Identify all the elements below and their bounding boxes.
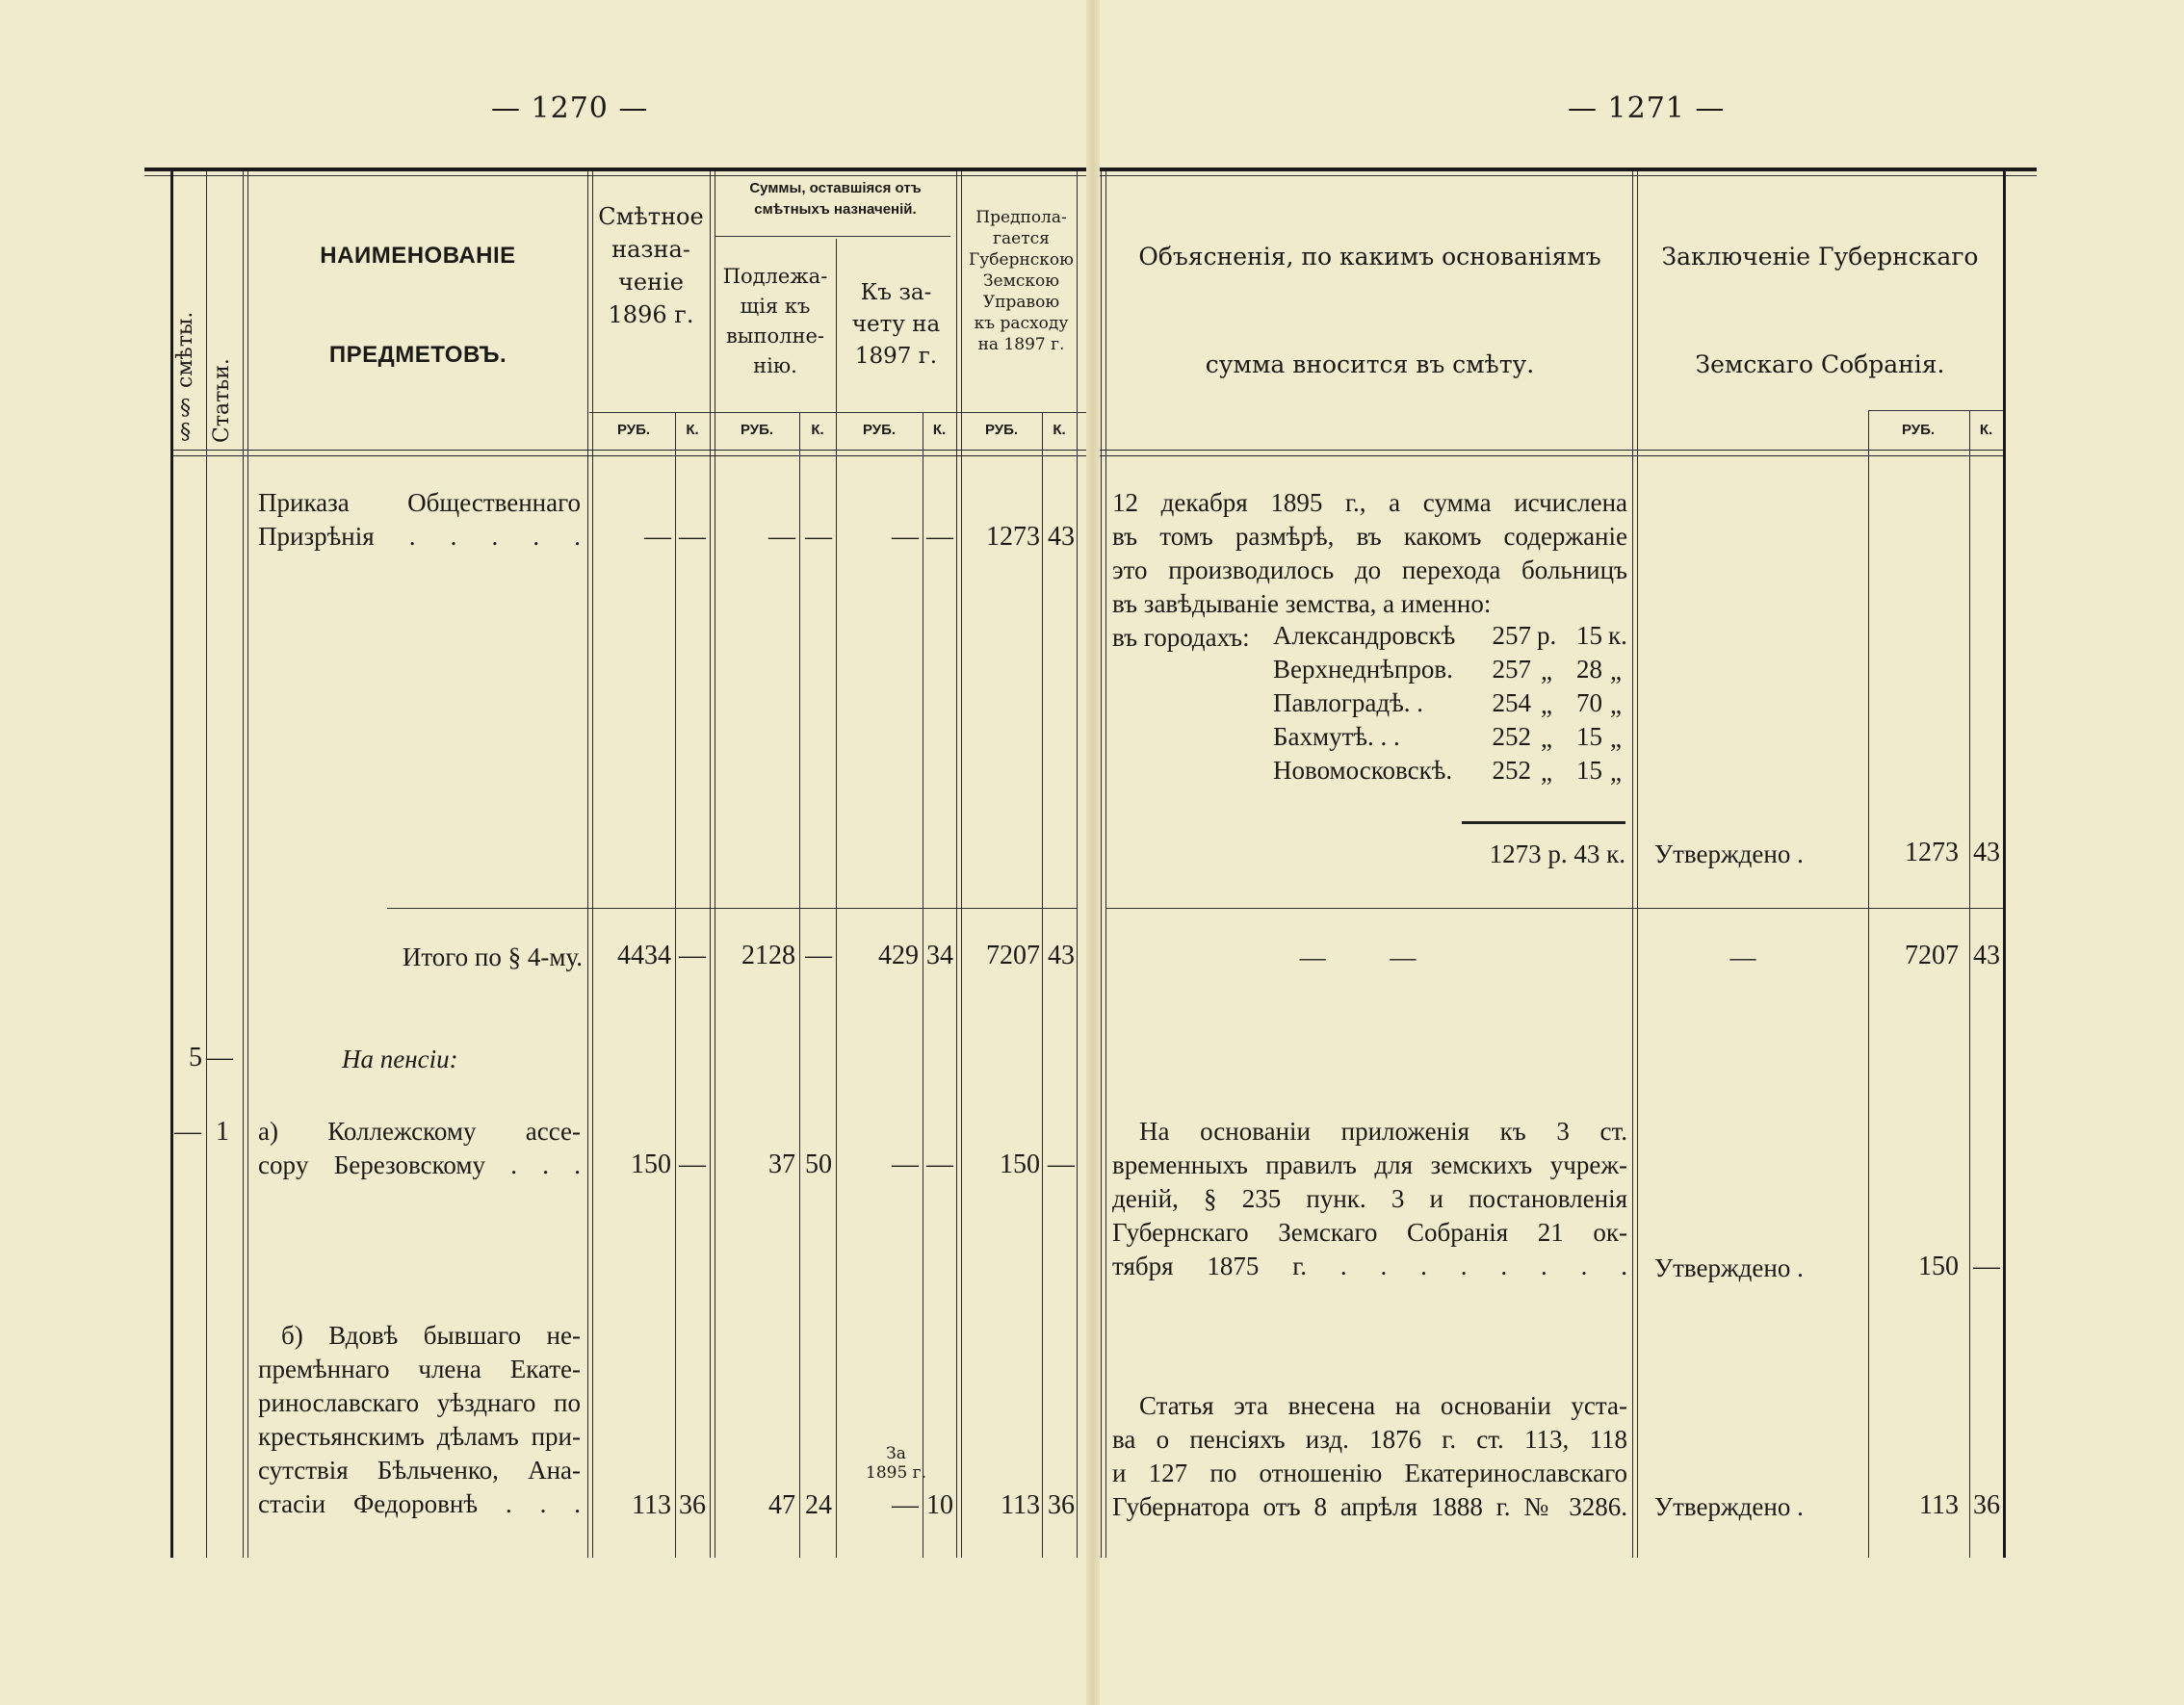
header-exec-l1: Подлежа- [715,262,836,292]
kop-label-estimate: К. [675,422,710,438]
itogo-proposed-rub: 7207 [961,941,1040,971]
row1-explanation-total: 1273 р. 43 к. [1444,838,1625,871]
row-a-conclusion: Утверждено . [1654,1252,1847,1285]
header-remaining-group: Суммы, оставшіяся отъ смѣтныхъ назначені… [715,178,956,220]
row-a-expl-l4: Губернскаго Земскаго Собранія 21 ок- [1112,1216,1627,1250]
header-to-execute: Подлежа- щія къ выполне- нію. [715,262,836,381]
vline-credit-a [956,171,957,1558]
kop-label-final: К. [1969,422,2003,438]
row-b-estimate-kop: 36 [675,1490,706,1521]
row1-credit-rub: — [836,522,919,553]
itogo-conclusion: — [1714,941,1772,974]
rub-kop-rule [589,412,1086,413]
itogo-execute-kop: — [799,941,832,971]
vline-right-a [1101,171,1102,1558]
city-kop: 15 [1562,722,1602,752]
header-prop-l4: Земскою [961,271,1081,292]
row-a-expl-l2: временныхъ правилъ для земскихъ учреж- [1112,1149,1627,1182]
itogo-credit-kop: 34 [923,941,953,971]
city-subtotal-rule [1462,821,1625,824]
itogo-rule-right [1105,908,2003,909]
row-a-section: — [171,1117,204,1148]
city-name: Бахмутѣ. . . [1273,722,1400,752]
header-section: §§ смѣты. [173,289,204,443]
row-b-credit-note: За 1895 г. [836,1444,956,1483]
rub-label-final: РУБ. [1870,422,1966,438]
itogo-rule [387,908,1077,909]
vline-article-b [247,171,248,1558]
row1-expl-l2: въ томъ размѣрѣ, въ какомъ содержаніе [1112,520,1627,554]
header-to-credit: Къ за- чету на 1897 г. [836,277,956,373]
header-prop-l3: Губернскою [961,249,1081,271]
vline-prop-kop [1042,412,1043,1558]
row-b-name-l5: сутствія Бѣльченко, Ана- [258,1454,581,1487]
row-b-expl-l3: и 127 по отношенію Екатеринославскаго [1112,1457,1627,1490]
row-b-name-l3: ринославскаго уѣзднаго по [258,1386,581,1420]
row1-estimate-rub: — [592,522,671,553]
row-b-explanation: Статья эта внесена на основаніи уста- ва… [1112,1389,1627,1524]
row-b-credit-note-l2: 1895 г. [836,1463,956,1483]
row1-proposed-kop: 43 [1042,522,1075,553]
itogo-estimate-rub: 4434 [592,941,671,971]
row-a-expl-l3: деній, § 235 пунк. 3 и постановленія [1112,1182,1627,1216]
vline-est-kop [675,412,676,1558]
top-rule-right-thin [1100,175,2037,176]
kop-label-execute: К. [799,422,836,438]
pensions-heading: На пенсіи: [342,1043,458,1076]
header-credit-l3: 1897 г. [836,341,956,373]
city-kop-unit: „ [1610,690,1622,720]
vline-section [206,171,207,1558]
city-kop: 28 [1562,655,1602,685]
row-a-proposed-rub: 150 [961,1150,1040,1180]
row-a-execute-rub: 37 [715,1150,795,1180]
vline-right-border [1077,171,1078,1558]
itogo-label: Итого по § 4-му. [376,941,583,974]
row-b-estimate-rub: 113 [592,1490,671,1521]
city-kop-unit: к. [1608,621,1627,651]
header-estimate-l4: 1896 г. [592,298,710,331]
vline-right-b [1105,171,1106,1558]
header-remaining-l1: Суммы, оставшіяся отъ [715,178,956,199]
city-rub: 252 [1475,756,1531,786]
header-prop-l2: гается [961,228,1081,249]
rub-label-execute: РУБ. [715,422,799,438]
city-rub: 257 [1475,655,1531,685]
header-remaining-l2: смѣтныхъ назначеній. [715,199,956,220]
left-page-number: — 1270 — [491,91,648,125]
header-article: Статьи. [210,323,241,443]
city-kop-unit: „ [1610,724,1622,754]
city-name: Верхнеднѣпров. [1273,655,1453,685]
rub-label-proposed: РУБ. [961,422,1042,438]
city-rub: 254 [1475,688,1531,718]
row-a-final-kop: — [1969,1252,2000,1282]
vline-article-a [243,171,244,1558]
city-kop-unit: „ [1610,657,1622,686]
top-rule-left [144,168,1086,171]
header-prop-l7: на 1897 г. [961,334,1081,355]
row-a-expl-l5: тября 1875 г. . . . . . . . . [1112,1250,1627,1283]
kop-label-credit: К. [923,422,956,438]
header-proposed: Предпола- гается Губернскою Земскою Упра… [961,207,1081,355]
header-name-line1: НАИМЕНОВАНІЕ [248,243,587,270]
row1-final-kop: 43 [1969,838,2000,868]
city-rub-unit: р. [1537,621,1556,651]
city-name: Александровскѣ [1273,621,1455,651]
row-b-execute-kop: 24 [799,1490,832,1521]
city-rub-unit: „ [1541,758,1552,788]
rub-label-credit: РУБ. [836,422,923,438]
row-b-proposed-kop: 36 [1042,1490,1075,1521]
row1-final-rub: 1273 [1870,838,1959,868]
book-gutter [1086,0,1100,1705]
row1-explanation: 12 декабря 1895 г., а сумма исчислена въ… [1112,486,1627,621]
row-b-credit-kop: 10 [923,1490,953,1521]
header-credit-l2: чету на [836,309,956,341]
city-kop: 15 [1562,621,1602,651]
right-page-number: — 1271 — [1568,91,1725,125]
row-a-name: а) Коллежскому ассе- copy Березовскому .… [258,1115,581,1182]
header-conclusion-line2: Земскаго Собранія. [1637,349,2003,381]
row-b-final-rub: 113 [1870,1490,1959,1521]
city-name: Павлоградѣ. . [1273,688,1423,718]
row-b-expl-l2: ва о пенсіяхъ изд. 1876 г. ст. 113, 118 [1112,1423,1627,1457]
city-kop: 15 [1562,756,1602,786]
header-rule-1 [171,450,1086,451]
itogo-estimate-kop: — [675,941,706,971]
row-b-name: б) Вдовѣ бывшаго не- премѣннаго члена Ек… [258,1319,581,1521]
row-b-name-l2: премѣннаго члена Екате- [258,1353,581,1386]
header-name-line2: ПРЕДМЕТОВЪ. [248,342,587,369]
row1-expl-l1: 12 декабря 1895 г., а сумма исчислена [1112,486,1627,520]
itogo-proposed-kop: 43 [1042,941,1075,971]
row-a-estimate-rub: 150 [592,1150,671,1180]
row-a-explanation: На основаніи приложенія къ 3 ст. временн… [1112,1115,1627,1283]
row-a-name-l1: а) Коллежскому ассе- [258,1115,581,1149]
vline-est-a [710,171,711,1558]
row1-conclusion: Утверждено . [1654,838,1847,871]
header-exec-l3: выполне- [715,322,836,351]
itogo-execute-rub: 2128 [715,941,795,971]
row-a-article: 1 [206,1117,239,1148]
row1-execute-rub: — [715,522,795,553]
header-estimate: Смѣтное назна- ченіе 1896 г. [592,200,710,331]
vline-exec-kop [799,412,800,1558]
row-a-final-rub: 150 [1870,1252,1959,1282]
row-a-credit-kop: — [923,1150,953,1180]
header-estimate-l2: назна- [592,233,710,266]
row-a-name-l2: copy Березовскому . . . [258,1149,581,1182]
itogo-final-kop: 43 [1969,941,2000,971]
header-prop-l6: къ расходу [961,313,1081,334]
row1-name: Приказа Общественнаго Призрѣнія . . . . … [258,486,581,554]
row-a-expl-l1: На основаніи приложенія къ 3 ст. [1112,1115,1627,1149]
itogo-final-rub: 7207 [1870,941,1959,971]
row1-credit-kop: — [923,522,953,553]
city-kop-unit: „ [1610,758,1622,788]
vline-name-b [592,171,593,1558]
city-rub-unit: „ [1541,657,1552,686]
vline-final-kop [1969,410,1970,1558]
city-rub-unit: „ [1541,690,1552,720]
row1-name-l2: Призрѣнія . . . . . [258,520,581,554]
itogo-credit-rub: 429 [836,941,919,971]
itogo-explanation: — — [1261,941,1483,974]
kop-label-proposed: К. [1042,422,1077,438]
section-dash: — [206,1043,239,1073]
row-b-credit-rub: — [836,1490,919,1521]
city-kop: 70 [1562,688,1602,718]
row-b-final-kop: 36 [1969,1490,2000,1521]
vline-final-rub [1868,410,1869,1558]
vline-credit-b [961,171,962,1558]
row1-name-l1: Приказа Общественнаго [258,486,581,520]
section-number: 5 [173,1043,202,1073]
header-explanation-line2: сумма вносится въ смѣту. [1107,349,1632,381]
row-b-proposed-rub: 113 [961,1490,1040,1521]
vline-expl-a [1632,171,1633,1558]
header-exec-l4: нію. [715,351,836,381]
row-b-execute-rub: 47 [715,1490,795,1521]
row-b-name-l6: стасіи Федоровнѣ . . . [258,1487,581,1521]
row1-estimate-kop: — [675,522,706,553]
right-rub-kop-rule [1868,410,2003,411]
vline-right-border-thick [2003,171,2006,1558]
top-rule-right [1100,168,2037,171]
remaining-group-rule [715,236,950,237]
city-name: Новомосковскѣ. [1273,756,1452,786]
row1-proposed-rub: 1273 [961,522,1040,553]
row-b-credit-note-l1: За [836,1444,956,1463]
header-exec-l2: щія къ [715,292,836,322]
vline-name-a [587,171,588,1558]
city-rub-unit: „ [1541,724,1552,754]
vline-credit-kop [923,412,923,1558]
top-rule-left-thin [144,175,1086,176]
header-rule-2 [171,455,1086,456]
header-explanation-line1: Объясненія, по какимъ основаніямъ [1107,241,1632,273]
header-credit-l1: Къ за- [836,277,956,309]
row-b-expl-l4: Губернатора отъ 8 апрѣля 1888 г. № 3286. [1112,1490,1627,1524]
header-prop-l5: Управою [961,292,1081,313]
row-b-name-l1: б) Вдовѣ бывшаго не- [258,1319,581,1353]
row-a-credit-rub: — [836,1150,919,1180]
row1-execute-kop: — [799,522,832,553]
row-a-estimate-kop: — [675,1150,706,1180]
row-b-name-l4: крестьянскимъ дѣламъ при- [258,1420,581,1454]
header-estimate-l1: Смѣтное [592,200,710,233]
row-a-proposed-kop: — [1042,1150,1075,1180]
header-prop-l1: Предпола- [961,207,1081,228]
header-estimate-l3: ченіе [592,266,710,298]
row-b-conclusion: Утверждено . [1654,1490,1847,1524]
city-rub: 257 [1475,621,1531,651]
row-b-expl-l1: Статья эта внесена на основаніи уста- [1112,1389,1627,1423]
rub-label-estimate: РУБ. [592,422,675,438]
row1-cities-prefix: въ городахъ: [1112,621,1250,655]
row-a-execute-kop: 50 [799,1150,832,1180]
header-conclusion-line1: Заключеніе Губернскаго [1637,241,2003,273]
row1-expl-l4: въ завѣдываніе земства, а именно: [1112,587,1627,621]
city-rub: 252 [1475,722,1531,752]
row1-expl-l3: это производилось до перехода больницъ [1112,554,1627,587]
